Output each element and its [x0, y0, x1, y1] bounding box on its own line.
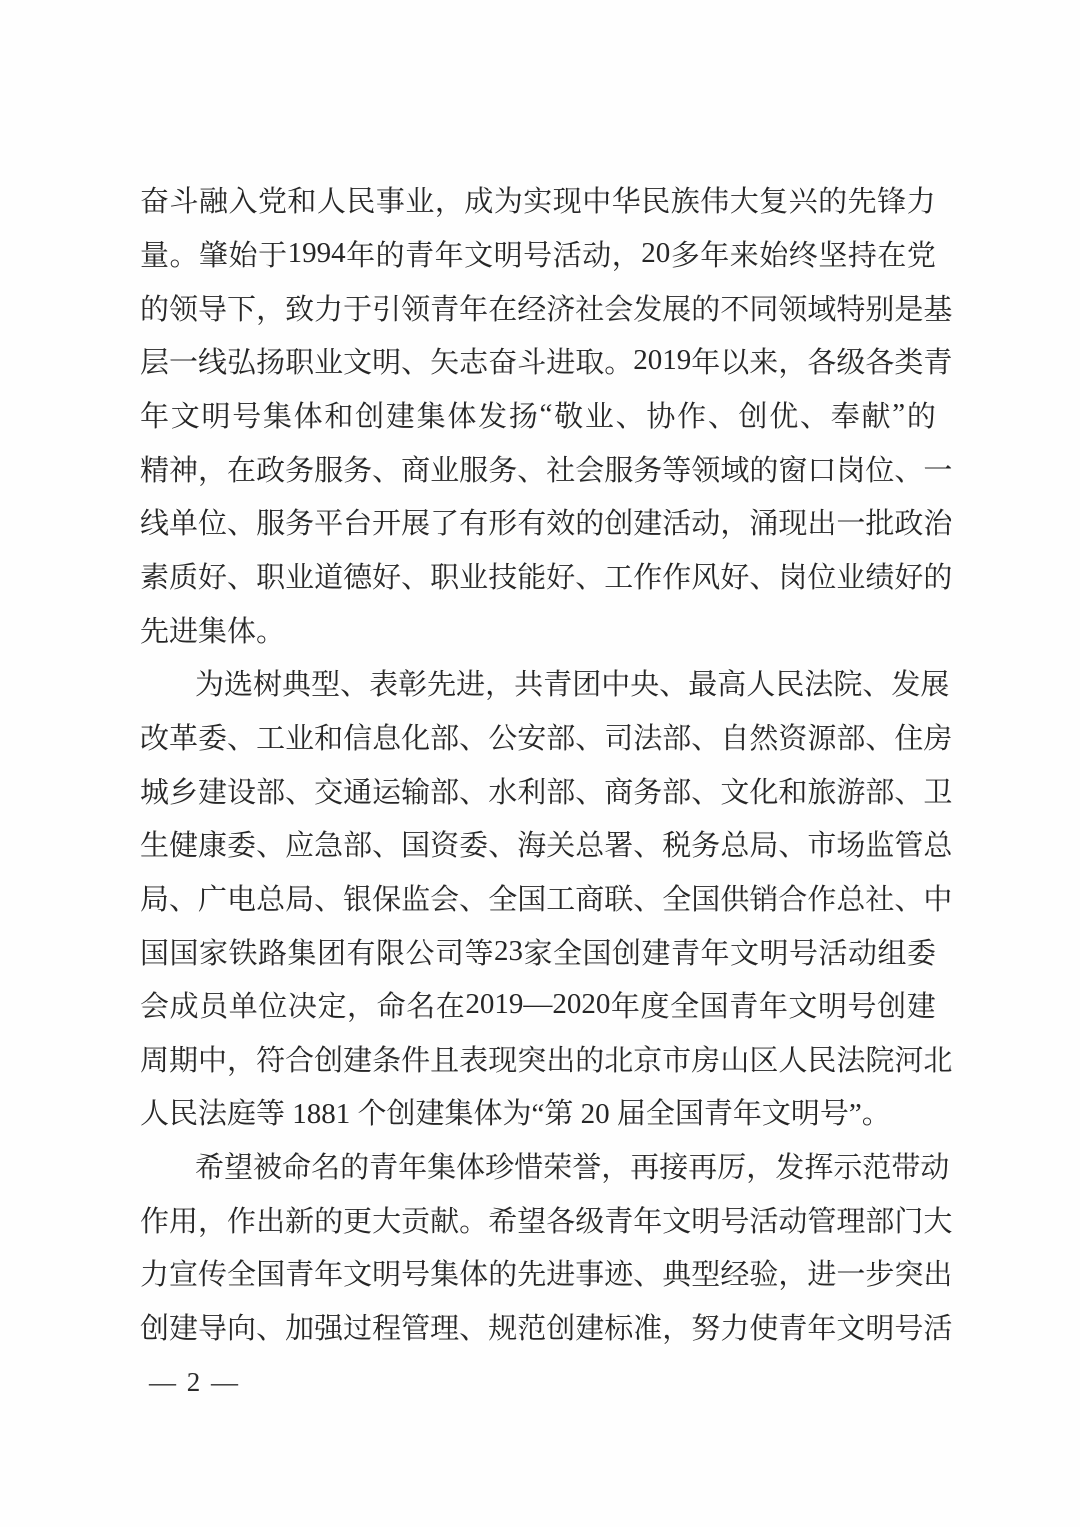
- text-line: 量。肇始于1994年的青年文明号活动，20多年来始终坚持在党: [140, 227, 936, 281]
- text-line: 线单位、服务平台开展了有形有效的创建活动，涌现出一批政治: [140, 495, 936, 549]
- text-line: 精神，在政务服务、商业服务、社会服务等领域的窗口岗位、一: [140, 441, 936, 495]
- text-line: 年文明号集体和创建集体发扬“敬业、协作、创优、奉献”的: [140, 388, 936, 442]
- text-line: 的领导下，致力于引领青年在经济社会发展的不同领域特别是基: [140, 280, 936, 334]
- document-page: 奋斗融入党和人民事业，成为实现中华民族伟大复兴的先锋力量。肇始于1994年的青年…: [0, 0, 1080, 1527]
- text-line: 人民法庭等 1881 个创建集体为“第 20 届全国青年文明号”。: [140, 1085, 936, 1139]
- text-line: 周期中，符合创建条件且表现突出的北京市房山区人民法院河北: [140, 1032, 936, 1086]
- text-line: 作用，作出新的更大贡献。希望各级青年文明号活动管理部门大: [140, 1192, 936, 1246]
- text-line: 生健康委、应急部、国资委、海关总署、税务总局、市场监管总: [140, 817, 936, 871]
- document-body: 奋斗融入党和人民事业，成为实现中华民族伟大复兴的先锋力量。肇始于1994年的青年…: [140, 173, 936, 1353]
- text-line: 希望被命名的青年集体珍惜荣誉，再接再厉，发挥示范带动: [140, 1139, 936, 1193]
- text-line: 先进集体。: [140, 602, 936, 656]
- text-line: 国国家铁路集团有限公司等23家全国创建青年文明号活动组委: [140, 924, 936, 978]
- text-line: 力宣传全国青年文明号集体的先进事迹、典型经验，进一步突出: [140, 1246, 936, 1300]
- text-line: 会成员单位决定，命名在2019—2020年度全国青年文明号创建: [140, 978, 936, 1032]
- text-line: 城乡建设部、交通运输部、水利部、商务部、文化和旅游部、卫: [140, 763, 936, 817]
- text-line: 素质好、职业道德好、职业技能好、工作作风好、岗位业绩好的: [140, 549, 936, 603]
- text-line: 奋斗融入党和人民事业，成为实现中华民族伟大复兴的先锋力: [140, 173, 936, 227]
- text-line: 局、广电总局、银保监会、全国工商联、全国供销合作总社、中: [140, 871, 936, 925]
- page-number: — 2 —: [149, 1366, 240, 1398]
- text-line: 层一线弘扬职业文明、矢志奋斗进取。2019年以来，各级各类青: [140, 334, 936, 388]
- text-line: 创建导向、加强过程管理、规范创建标准，努力使青年文明号活: [140, 1300, 936, 1354]
- text-line: 改革委、工业和信息化部、公安部、司法部、自然资源部、住房: [140, 710, 936, 764]
- text-line: 为选树典型、表彰先进，共青团中央、最高人民法院、发展: [140, 656, 936, 710]
